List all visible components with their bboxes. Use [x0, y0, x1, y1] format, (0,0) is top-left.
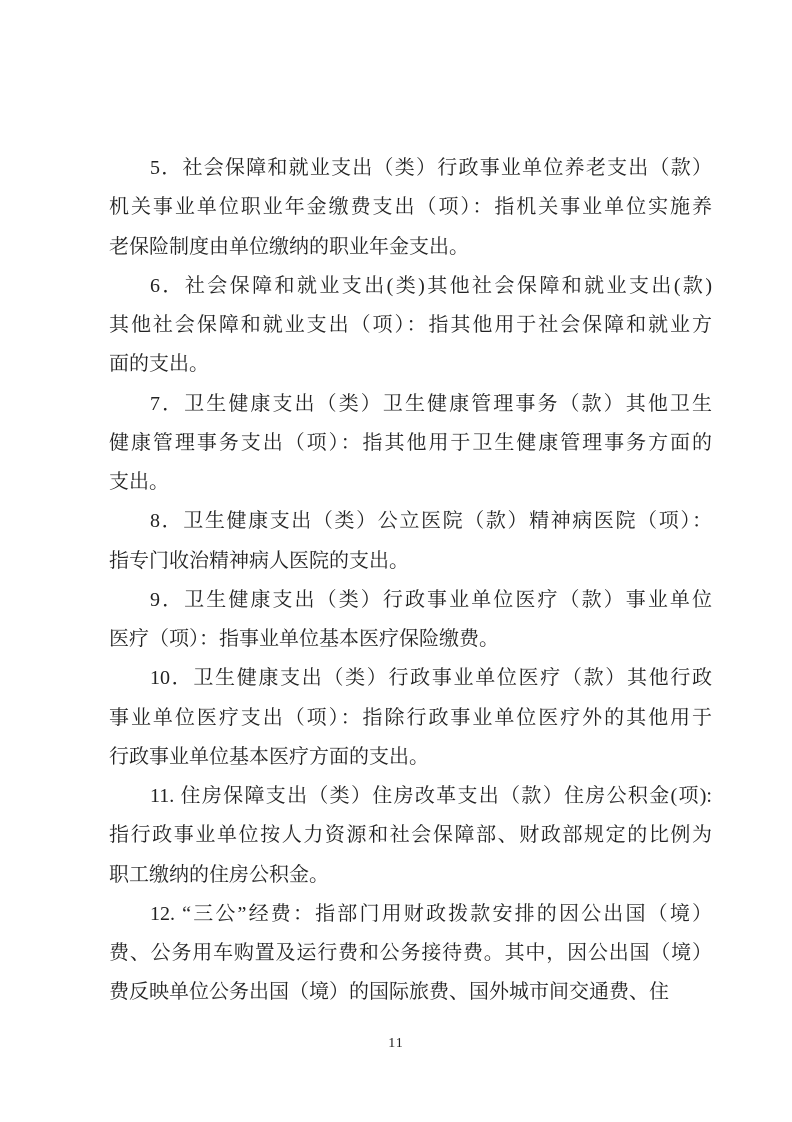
page-number: 11 [0, 1036, 792, 1052]
document-page: 5．社会保障和就业支出（类）行政事业单位养老支出（款）机关事业单位职业年金缴费支… [0, 0, 792, 1122]
paragraph-9-line-2: 医疗（项）：指事业单位基本医疗保险缴费。 [109, 620, 712, 659]
paragraph-12-line-2: 费、公务用车购置及运行费和公务接待费。其中，因公出国（境） [109, 934, 712, 973]
paragraph-11-line-3: 职工缴纳的住房公积金。 [109, 856, 712, 895]
paragraph-11-line-2: 指行政事业单位按人力资源和社会保障部、财政部规定的比例为 [109, 816, 712, 855]
paragraph-10-line-2: 事业单位医疗支出（项）：指除行政事业单位医疗外的其他用于 [109, 699, 712, 738]
paragraph-7-line-2: 健康管理事务支出（项）：指其他用于卫生健康管理事务方面的 [109, 424, 712, 463]
paragraph-8-line-1: 8．卫生健康支出（类）公立医院（款）精神病医院（项）： [109, 502, 712, 541]
paragraph-5-line-1: 5．社会保障和就业支出（类）行政事业单位养老支出（款） [109, 149, 712, 188]
paragraph-11-line-1: 11. 住房保障支出（类）住房改革支出（款）住房公积金(项): [109, 777, 712, 816]
paragraph-5-line-3: 老保险制度由单位缴纳的职业年金支出。 [109, 228, 712, 267]
paragraph-6-line-3: 面的支出。 [109, 345, 712, 384]
body-text: 5．社会保障和就业支出（类）行政事业单位养老支出（款）机关事业单位职业年金缴费支… [109, 149, 712, 1013]
paragraph-10-line-3: 行政事业单位基本医疗方面的支出。 [109, 738, 712, 777]
paragraph-5-line-2: 机关事业单位职业年金缴费支出（项）：指机关事业单位实施养 [109, 188, 712, 227]
paragraph-9-line-1: 9．卫生健康支出（类）行政事业单位医疗（款）事业单位 [109, 581, 712, 620]
paragraph-10-line-1: 10．卫生健康支出（类）行政事业单位医疗（款）其他行政 [109, 659, 712, 698]
paragraph-12-line-1: 12. “三公”经费：指部门用财政拨款安排的因公出国（境） [109, 895, 712, 934]
paragraph-6-line-1: 6．社会保障和就业支出(类)其他社会保障和就业支出(款) [109, 267, 712, 306]
paragraph-7-line-1: 7．卫生健康支出（类）卫生健康管理事务（款）其他卫生 [109, 385, 712, 424]
paragraph-12-line-3: 费反映单位公务出国（境）的国际旅费、国外城市间交通费、住 [109, 973, 712, 1012]
paragraph-7-line-3: 支出。 [109, 463, 712, 502]
paragraph-8-line-2: 指专门收治精神病人医院的支出。 [109, 542, 712, 581]
paragraph-6-line-2: 其他社会保障和就业支出（项）：指其他用于社会保障和就业方 [109, 306, 712, 345]
